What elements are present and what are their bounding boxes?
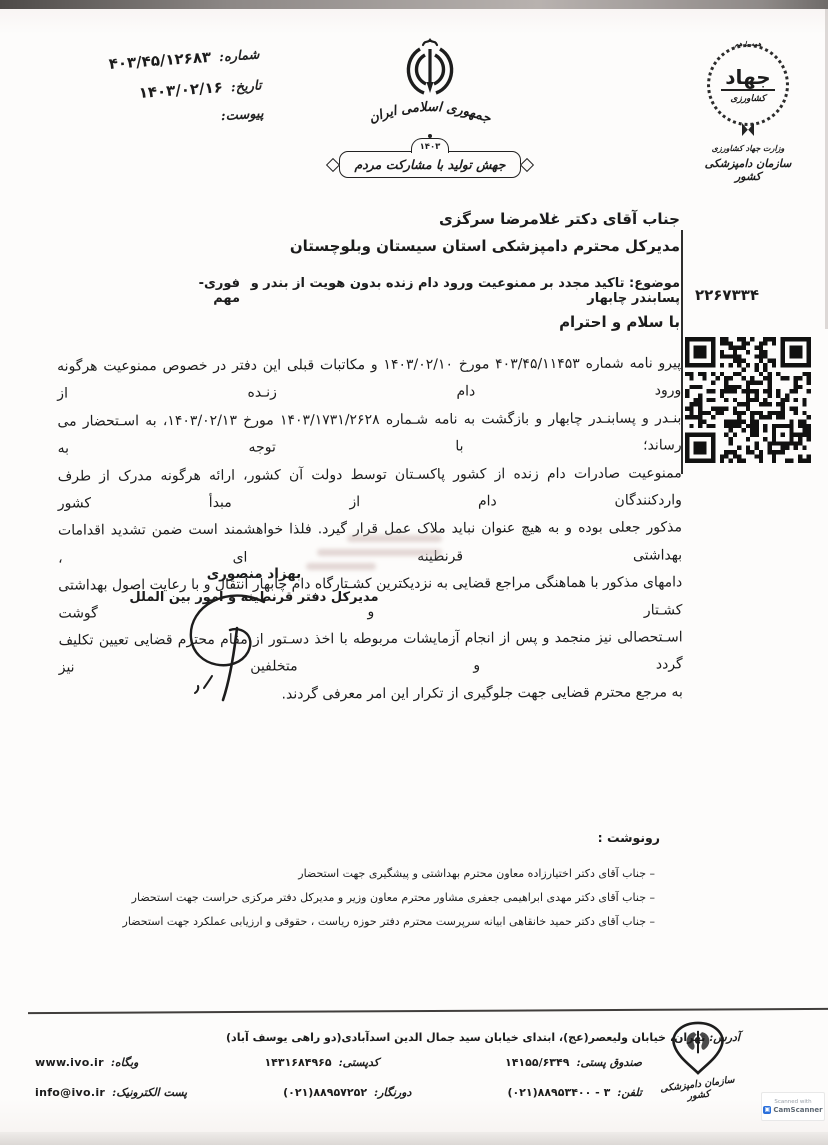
subject-text: تاکید مجدد بر ممنوعیت ورود دام زنده بدون… bbox=[251, 276, 680, 306]
fax-value: (۰۲۱)۸۸۹۵۷۲۵۲ bbox=[283, 1086, 367, 1099]
camscanner-badge-caption: Scanned with bbox=[774, 1099, 811, 1105]
cc-label: رونوشت : bbox=[598, 830, 660, 845]
letter-attachment-row: پیوست: bbox=[45, 106, 264, 136]
letter-date-label: تاریخ: bbox=[230, 78, 262, 95]
iran-emblem-icon bbox=[399, 36, 461, 98]
website-value: www.ivo.ir bbox=[35, 1056, 104, 1069]
letter-number-label: شماره: bbox=[219, 47, 260, 65]
cc-item: جناب آقای دکتر حمید خانقاهی ابیانه سرپرس… bbox=[123, 910, 655, 934]
camscanner-badge-brand: ▣ CamScanner bbox=[763, 1106, 822, 1114]
cc-item: جناب آقای دکتر مهدی ابراهیمی جعفری مشاور… bbox=[123, 886, 655, 910]
country-name-arc: جمهوری اسلامی ایران bbox=[335, 94, 525, 138]
salutation: با سلام و احترام bbox=[559, 313, 680, 331]
postal-code-label: کدپستی: bbox=[339, 1056, 379, 1069]
email-label: پست الکترونیک: bbox=[112, 1086, 187, 1099]
camscanner-badge: Scanned with ▣ CamScanner bbox=[761, 1092, 825, 1121]
qr-code bbox=[683, 337, 813, 463]
year-slogan: جهش تولید با مشارکت مردم bbox=[354, 157, 505, 172]
faint-stamp bbox=[292, 528, 442, 570]
priority-label: فوری-مهم bbox=[183, 276, 240, 306]
subject-row: موضوع: تاکید مجدد بر ممنوعیت ورود دام زن… bbox=[183, 276, 680, 306]
website-label: وبگاه: bbox=[111, 1056, 139, 1069]
ministry-motto: همه با هم bbox=[696, 40, 800, 48]
recipient-title: مدیرکل محترم دامپزشکی استان سیستان وبلوچ… bbox=[290, 233, 680, 260]
ministry-name: وزارت جهاد کشاورزی bbox=[696, 143, 800, 153]
subject-line: موضوع: تاکید مجدد بر ممنوعیت ورود دام زن… bbox=[240, 276, 680, 306]
wreath-ribbon-icon bbox=[738, 123, 758, 137]
camscanner-icon: ▣ bbox=[763, 1106, 771, 1114]
slogan-banner: جهش تولید با مشارکت مردم bbox=[339, 151, 521, 178]
handwritten-signature-icon bbox=[168, 580, 300, 702]
organization-name: سازمان دامپزشکی کشور bbox=[696, 157, 800, 183]
subject-label: موضوع: bbox=[629, 276, 680, 291]
country-name: جمهوری اسلامی ایران bbox=[367, 100, 494, 127]
contact-row-2: تلفن: (۰۲۱)۸۸۹۵۳۴۰۰ - ۳ دورنگار: (۰۲۱)۸۸… bbox=[35, 1086, 642, 1099]
website: وبگاه: www.ivo.ir bbox=[35, 1056, 138, 1069]
letter-date-row: تاریخ: ۱۴۰۳/۰۲/۱۶ bbox=[43, 75, 262, 108]
banner-diamond-icon bbox=[326, 157, 340, 171]
phone: تلفن: (۰۲۱)۸۸۹۵۳۴۰۰ - ۳ bbox=[507, 1086, 642, 1099]
email-value: info@ivo.ir bbox=[35, 1086, 105, 1099]
contact-row-1: صندوق پستی: ۱۴۱۵۵/۶۳۴۹ کدپستی: ۱۴۳۱۶۸۴۹۶… bbox=[35, 1056, 642, 1069]
footer-divider bbox=[28, 1008, 828, 1014]
camscanner-name: CamScanner bbox=[773, 1106, 822, 1114]
po-box-value: ۱۴۱۵۵/۶۳۴۹ bbox=[505, 1056, 569, 1069]
fax-label: دورنگار: bbox=[374, 1086, 411, 1099]
address-line: آدرس: تهران، خیابان ولیعصر(عج)، ابتدای خ… bbox=[226, 1031, 740, 1044]
veterinary-logo-icon bbox=[665, 1019, 731, 1077]
scan-artifact-bottom-strip bbox=[0, 1132, 828, 1145]
cc-list: جناب آقای دکتر اختیارزاده معاون محترم به… bbox=[123, 862, 655, 934]
recipient-name: جناب آقای دکتر غلامرضا سرگزی bbox=[290, 206, 680, 233]
phone-value: (۰۲۱)۸۸۹۵۳۴۰۰ - ۳ bbox=[507, 1086, 610, 1099]
ministry-logo-block: همه با هم جهاد کشاورزی وزارت جهاد کشاورز… bbox=[696, 40, 800, 183]
po-box-label: صندوق پستی: bbox=[576, 1056, 642, 1069]
banner-diamond-icon bbox=[520, 157, 534, 171]
body-line: پیرو نامه شماره ۴۰۳/۴۵/۱۱۴۵۳ مورخ ۱۴۰۳/۰… bbox=[57, 350, 681, 408]
letter-number-row: شماره: ۴۰۳/۴۵/۱۲۶۸۳ bbox=[41, 45, 260, 78]
po-box: صندوق پستی: ۱۴۱۵۵/۶۳۴۹ bbox=[505, 1056, 642, 1069]
fax: دورنگار: (۰۲۱)۸۸۹۵۷۲۵۲ bbox=[283, 1086, 411, 1099]
svg-text:جمهوری اسلامی ایران: جمهوری اسلامی ایران bbox=[367, 100, 494, 127]
letter-date-value: ۱۴۰۳/۰۲/۱۶ bbox=[138, 78, 223, 102]
letter-meta-block: شماره: ۴۰۳/۴۵/۱۲۶۸۳ تاریخ: ۱۴۰۳/۰۲/۱۶ پی… bbox=[41, 45, 265, 150]
tracking-number: ۲۲۶۷۳۳۴ bbox=[692, 286, 762, 304]
address-text: تهران، خیابان ولیعصر(عج)، ابتدای خیابان … bbox=[226, 1031, 705, 1044]
email: پست الکترونیک: info@ivo.ir bbox=[35, 1086, 187, 1099]
year-ornament: ۱۴۰۳ bbox=[411, 138, 449, 153]
phone-label: تلفن: bbox=[617, 1086, 642, 1099]
scan-artifact-top-strip bbox=[0, 0, 828, 9]
postal-code-value: ۱۴۳۱۶۸۴۹۶۵ bbox=[264, 1056, 331, 1069]
body-line: بنـدر و پسابنـدر چابهار و بازگشت به نامه… bbox=[57, 405, 681, 463]
recipient-block: جناب آقای دکتر غلامرضا سرگزی مدیرکل محتر… bbox=[290, 206, 680, 260]
address-label: آدرس: bbox=[709, 1031, 740, 1044]
logo-subword: کشاورزی bbox=[730, 94, 765, 104]
postal-code: کدپستی: ۱۴۳۱۶۸۴۹۶۵ bbox=[264, 1056, 379, 1069]
body-line: ممنوعیت صادرات دام زنده از کشور پاکسـتان… bbox=[58, 460, 682, 518]
body-line: اسـتحصالی نیز منجمد و پس از انجام آزمایش… bbox=[59, 624, 683, 682]
letter-number-value: ۴۰۳/۴۵/۱۲۶۸۳ bbox=[108, 48, 212, 73]
jahad-keshavarzi-logo-icon: جهاد کشاورزی bbox=[707, 44, 789, 126]
letter-attachment-label: پیوست: bbox=[220, 106, 264, 124]
body-line: به مرجع محترم قضایی جهت جلوگیری از تکرار… bbox=[59, 679, 683, 710]
scanned-letter-page: شماره: ۴۰۳/۴۵/۱۲۶۸۳ تاریخ: ۱۴۰۳/۰۲/۱۶ پی… bbox=[0, 0, 828, 1145]
cc-item: جناب آقای دکتر اختیارزاده معاون محترم به… bbox=[123, 862, 655, 886]
logo-word: جهاد bbox=[721, 67, 774, 91]
footer-logo-caption: سازمان دامپزشکی کشور bbox=[649, 1073, 747, 1107]
national-emblem-block: جمهوری اسلامی ایران ۱۴۰۳ جهش تولید با مش… bbox=[333, 36, 527, 178]
